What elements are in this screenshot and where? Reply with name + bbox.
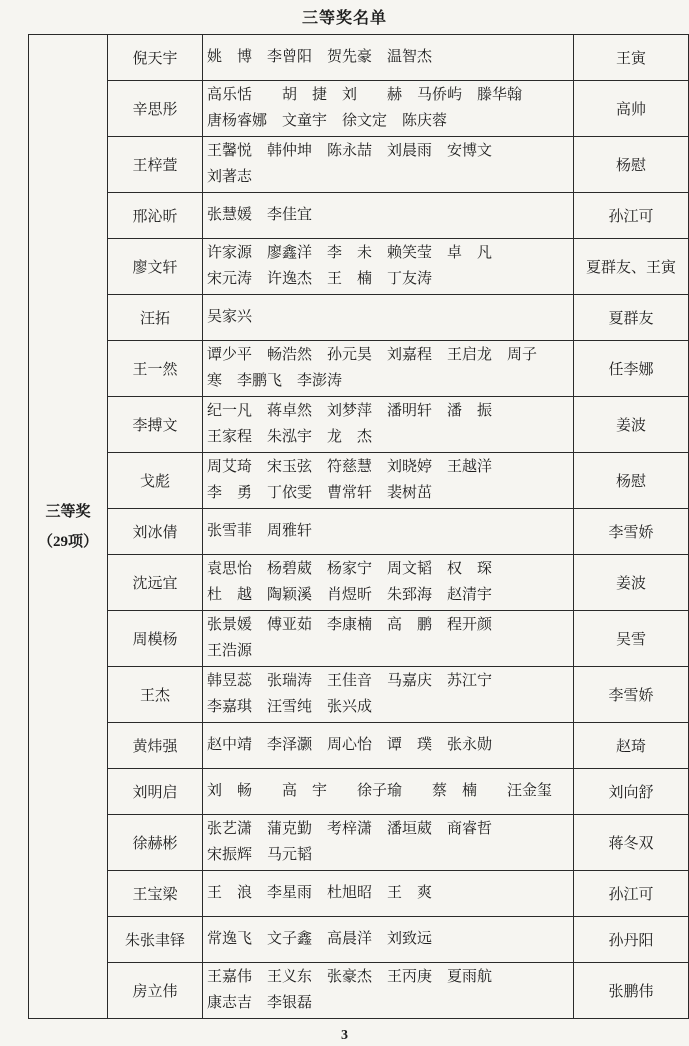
advisor-cell: 高帅 bbox=[574, 81, 689, 137]
members-cell: 张雪菲 周雅轩 bbox=[203, 509, 574, 555]
members-cell: 王馨悦 韩仲坤 陈永喆 刘晨雨 安博文 刘著志 bbox=[203, 137, 574, 193]
leader-cell: 戈彪 bbox=[108, 453, 203, 509]
members-cell: 谭少平 畅浩然 孙元昊 刘嘉程 王启龙 周子 寒 李鹏飞 李澎涛 bbox=[203, 341, 574, 397]
advisor-cell: 孙丹阳 bbox=[574, 917, 689, 963]
table-row: 三等奖 （29项） 倪天宇 姚 博 李曾阳 贺先豪 温智杰 王寅 bbox=[29, 35, 689, 81]
leader-cell: 王杰 bbox=[108, 667, 203, 723]
table-row: 朱张聿铎 常逸飞 文子鑫 高晨洋 刘致远 孙丹阳 bbox=[29, 917, 689, 963]
members-cell: 高乐恬 胡 捷 刘 赫 马侨屿 滕华翰 唐杨睿娜 文童宇 徐文定 陈庆蓉 bbox=[203, 81, 574, 137]
table-row: 戈彪 周艾琦 宋玉弦 符慈慧 刘晓婷 王越洋 李 勇 丁依雯 曹常轩 裴树茁 杨… bbox=[29, 453, 689, 509]
leader-cell: 黄炜强 bbox=[108, 723, 203, 769]
leader-cell: 汪拓 bbox=[108, 295, 203, 341]
advisor-cell: 王寅 bbox=[574, 35, 689, 81]
advisor-cell: 夏群友、王寅 bbox=[574, 239, 689, 295]
table-row: 王宝梁 王 浪 李星雨 杜旭昭 王 爽 孙江可 bbox=[29, 871, 689, 917]
advisor-cell: 姜波 bbox=[574, 555, 689, 611]
table-row: 王杰 韩昱蕊 张瑞涛 王佳音 马嘉庆 苏江宁 李嘉琪 汪雪纯 张兴成 李雪娇 bbox=[29, 667, 689, 723]
members-cell: 王嘉伟 王义东 张豪杰 王丙庚 夏雨航 康志吉 李银磊 bbox=[203, 963, 574, 1019]
table-row: 刘冰倩 张雪菲 周雅轩 李雪娇 bbox=[29, 509, 689, 555]
leader-cell: 徐赫彬 bbox=[108, 815, 203, 871]
advisor-cell: 李雪娇 bbox=[574, 667, 689, 723]
page-title: 三等奖名单 bbox=[0, 0, 689, 28]
leader-cell: 朱张聿铎 bbox=[108, 917, 203, 963]
advisor-cell: 李雪娇 bbox=[574, 509, 689, 555]
leader-cell: 邢沁昕 bbox=[108, 193, 203, 239]
advisor-cell: 张鹏伟 bbox=[574, 963, 689, 1019]
members-cell: 张艺潇 蒲克勤 考梓潇 潘垣葳 商睿哲 宋振辉 马元韬 bbox=[203, 815, 574, 871]
advisor-cell: 刘向舒 bbox=[574, 769, 689, 815]
advisor-cell: 蒋冬双 bbox=[574, 815, 689, 871]
members-cell: 韩昱蕊 张瑞涛 王佳音 马嘉庆 苏江宁 李嘉琪 汪雪纯 张兴成 bbox=[203, 667, 574, 723]
members-cell: 吴家兴 bbox=[203, 295, 574, 341]
award-category-cell: 三等奖 （29项） bbox=[29, 35, 108, 1019]
page-number: 3 bbox=[0, 1028, 689, 1044]
table-row: 刘明启 刘 畅 高 宇 徐子瑜 蔡 楠 汪金玺 刘向舒 bbox=[29, 769, 689, 815]
members-cell: 袁思怡 杨碧葳 杨家宁 周文韬 权 琛 杜 越 陶颖溪 肖煜昕 朱郅海 赵清宇 bbox=[203, 555, 574, 611]
leader-cell: 刘冰倩 bbox=[108, 509, 203, 555]
advisor-cell: 孙江可 bbox=[574, 193, 689, 239]
members-cell: 张景媛 傅亚茹 李康楠 高 鹏 程开颜 王浩源 bbox=[203, 611, 574, 667]
table-row: 沈远宜 袁思怡 杨碧葳 杨家宁 周文韬 权 琛 杜 越 陶颖溪 肖煜昕 朱郅海 … bbox=[29, 555, 689, 611]
advisor-cell: 杨慰 bbox=[574, 137, 689, 193]
members-cell: 姚 博 李曾阳 贺先豪 温智杰 bbox=[203, 35, 574, 81]
members-cell: 赵中靖 李泽灏 周心怡 谭 璞 张永勋 bbox=[203, 723, 574, 769]
leader-cell: 王梓萱 bbox=[108, 137, 203, 193]
leader-cell: 刘明启 bbox=[108, 769, 203, 815]
members-cell: 周艾琦 宋玉弦 符慈慧 刘晓婷 王越洋 李 勇 丁依雯 曹常轩 裴树茁 bbox=[203, 453, 574, 509]
advisor-cell: 任李娜 bbox=[574, 341, 689, 397]
advisor-cell: 夏群友 bbox=[574, 295, 689, 341]
table-row: 王一然 谭少平 畅浩然 孙元昊 刘嘉程 王启龙 周子 寒 李鹏飞 李澎涛 任李娜 bbox=[29, 341, 689, 397]
advisor-cell: 孙江可 bbox=[574, 871, 689, 917]
table-row: 邢沁昕 张慧媛 李佳宜 孙江可 bbox=[29, 193, 689, 239]
members-cell: 许家源 廖鑫洋 李 未 赖笑莹 卓 凡 宋元涛 许逸杰 王 楠 丁友涛 bbox=[203, 239, 574, 295]
leader-cell: 李搏文 bbox=[108, 397, 203, 453]
table-row: 周模杨 张景媛 傅亚茹 李康楠 高 鹏 程开颜 王浩源 吴雪 bbox=[29, 611, 689, 667]
leader-cell: 王一然 bbox=[108, 341, 203, 397]
table-row: 廖文轩 许家源 廖鑫洋 李 未 赖笑莹 卓 凡 宋元涛 许逸杰 王 楠 丁友涛 … bbox=[29, 239, 689, 295]
advisor-cell: 杨慰 bbox=[574, 453, 689, 509]
advisor-cell: 姜波 bbox=[574, 397, 689, 453]
leader-cell: 王宝梁 bbox=[108, 871, 203, 917]
table-row: 李搏文 纪一凡 蒋卓然 刘梦萍 潘明轩 潘 振 王家程 朱泓宇 龙 杰 姜波 bbox=[29, 397, 689, 453]
table-row: 房立伟 王嘉伟 王义东 张豪杰 王丙庚 夏雨航 康志吉 李银磊 张鹏伟 bbox=[29, 963, 689, 1019]
members-cell: 常逸飞 文子鑫 高晨洋 刘致远 bbox=[203, 917, 574, 963]
table-row: 汪拓 吴家兴 夏群友 bbox=[29, 295, 689, 341]
leader-cell: 廖文轩 bbox=[108, 239, 203, 295]
members-cell: 张慧媛 李佳宜 bbox=[203, 193, 574, 239]
leader-cell: 辛思彤 bbox=[108, 81, 203, 137]
leader-cell: 周模杨 bbox=[108, 611, 203, 667]
members-cell: 纪一凡 蒋卓然 刘梦萍 潘明轩 潘 振 王家程 朱泓宇 龙 杰 bbox=[203, 397, 574, 453]
table-row: 黄炜强 赵中靖 李泽灏 周心怡 谭 璞 张永勋 赵琦 bbox=[29, 723, 689, 769]
table-row: 王梓萱 王馨悦 韩仲坤 陈永喆 刘晨雨 安博文 刘著志 杨慰 bbox=[29, 137, 689, 193]
leader-cell: 倪天宇 bbox=[108, 35, 203, 81]
members-cell: 刘 畅 高 宇 徐子瑜 蔡 楠 汪金玺 bbox=[203, 769, 574, 815]
advisor-cell: 吴雪 bbox=[574, 611, 689, 667]
advisor-cell: 赵琦 bbox=[574, 723, 689, 769]
table-row: 徐赫彬 张艺潇 蒲克勤 考梓潇 潘垣葳 商睿哲 宋振辉 马元韬 蒋冬双 bbox=[29, 815, 689, 871]
leader-cell: 房立伟 bbox=[108, 963, 203, 1019]
leader-cell: 沈远宜 bbox=[108, 555, 203, 611]
award-table: 三等奖 （29项） 倪天宇 姚 博 李曾阳 贺先豪 温智杰 王寅 辛思彤 高乐恬… bbox=[28, 34, 689, 1019]
table-row: 辛思彤 高乐恬 胡 捷 刘 赫 马侨屿 滕华翰 唐杨睿娜 文童宇 徐文定 陈庆蓉… bbox=[29, 81, 689, 137]
members-cell: 王 浪 李星雨 杜旭昭 王 爽 bbox=[203, 871, 574, 917]
